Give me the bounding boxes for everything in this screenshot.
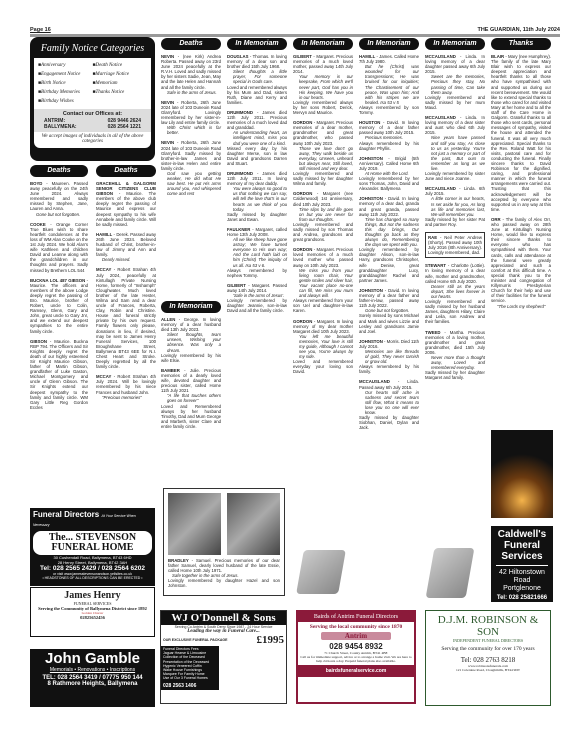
ad-tel: 028 9454 8932 <box>298 642 414 651</box>
notice-text: - Maureen. Passed away peacefully on the… <box>30 181 88 211</box>
ad-price: £1995 <box>257 634 285 646</box>
notice-entry: MCCAY - Robert Strahan 4th July 2024, pe… <box>96 267 156 369</box>
ad-tel: Tel: 028 2565 2429 / 028 2564 6202 <box>30 565 155 572</box>
notice-entry: GIBSON - Maurice. Buckna RBP 794. The Of… <box>30 339 88 410</box>
notice-entry: ALLEN - George. In loving memory of a de… <box>161 317 221 363</box>
notice-entry: COOKE - Orange Corner True Blues wish to… <box>30 222 88 273</box>
notice-text: - Neil Peter Andrew (Shorty). Passed awa… <box>428 235 482 255</box>
notice-signoff: Loved and remembered everyday your lovin… <box>293 359 353 374</box>
categories-box: Family Notice Categories Anniversary Dea… <box>30 37 155 161</box>
category-item: Birthday Wishes <box>38 97 93 106</box>
notice-entry: JOHNSTON - David. In loving memory of a … <box>359 196 419 283</box>
notice-signoff: Lovingly remembered by daughter Alison, … <box>359 247 419 283</box>
contact-title: Contact our Offices at: <box>44 111 141 117</box>
ad-location: Antrim <box>321 632 391 640</box>
notice-signoff: Sadly missed by her sister Pat and partn… <box>425 217 485 227</box>
notice-text: - Robert Strahan 4th July 2024, peaceful… <box>96 267 156 369</box>
category-item: Thanks Notice <box>93 88 148 97</box>
ad-services: Memorials • Renovations • Inscriptions <box>30 667 155 673</box>
notice-entry: GORDON - Margaret. Precious memories of … <box>293 120 353 186</box>
ad-subtitle: INDEPENDENT FUNERAL DIRECTORS <box>426 638 550 643</box>
memoriam-banner: In Memoriam <box>293 38 353 50</box>
candle-image <box>491 430 553 518</box>
notice-text: - Maurice. Buckna RBP 794. The Officers … <box>30 339 88 410</box>
deaths-column-1: Deaths BOYD - Maureen. Passed away peace… <box>30 164 88 415</box>
caldwell-ad: Caldwell's Funeral Services 42 Hiltonsto… <box>491 526 553 602</box>
ad-name: Bairds of Antrim Funeral Directors <box>298 612 414 622</box>
ad-name: WJ O'Donnell & Sons <box>161 611 286 625</box>
notice-after: Lovingly remembered by daughter Hazel an… <box>168 578 280 588</box>
ad-serving: Serving the local community since 1870 <box>298 624 414 630</box>
notice-verse: With Christ which is far better. <box>161 125 221 135</box>
notice-verse: Nine years have passed and still you sta… <box>425 135 485 171</box>
notice-text: - (nee Kirk) Andrea Roberta. Passed away… <box>161 54 221 90</box>
notice-verse: But he (Christ) was wounded for our tran… <box>359 64 419 105</box>
notice-entry: RAE - Neil Peter Andrew (Shorty). Passed… <box>425 232 485 258</box>
djm-robinson-ad: D.J.M. ROBINSON & SON INDEPENDENT FUNERA… <box>425 610 551 706</box>
ad-tel: Tel: 028 2763 8218 <box>426 656 550 664</box>
ad-note: Call us for immediate support, advice or… <box>298 655 414 663</box>
notice-text: - Mary (nee Humphrey). The family of the… <box>491 54 551 212</box>
notice-verse: Our hearts still ache in sadness and sec… <box>359 390 419 415</box>
publication-date: THE GUARDIAN, 11th July 2024 <box>477 27 560 33</box>
notice-verse: Safe in the arms of Jesus. <box>161 90 221 95</box>
category-item: Birth Notice <box>38 79 93 88</box>
category-item: Birthday Memories <box>38 88 93 97</box>
family-photo <box>227 493 280 555</box>
notice-entry: MCCAUSLAND - Linda. Passed away 6th July… <box>359 379 419 430</box>
notice-verse: Dearly missed. <box>96 257 156 262</box>
wedding-photo <box>168 493 221 555</box>
memoriam-banner: In Memoriam <box>359 38 419 50</box>
office-tel: 028 2564 1221 <box>108 124 141 130</box>
ad-address: 8 Rathmore Heights, Ballymena <box>30 681 155 687</box>
notice-text: - Maurice. The officers and members of t… <box>30 278 88 334</box>
odonnell-ad: WJ O'Donnell & Sons Serving Co Antrim & … <box>160 610 287 704</box>
page-number: Page 16 <box>30 27 51 33</box>
notice-signoff: Loved and Remembered always by her husba… <box>161 404 221 429</box>
notice-verse: Time has changed so many things, But not… <box>359 217 419 248</box>
notice-verse: God saw you getting weaker, He did what … <box>161 171 221 196</box>
notice-text: - Roberta, 26th June 2024 late of 103 Du… <box>161 140 221 170</box>
category-item: Death Notice <box>93 61 148 70</box>
ad-header: Funeral Directors <box>33 510 99 519</box>
notice-signoff: Missed every day by his daughter Merse, … <box>227 146 287 166</box>
notice-verse: Those we love don't go away, They walk b… <box>293 146 353 171</box>
notice-verse: An understanding heart, an intelligent m… <box>227 130 287 145</box>
notice-verse: Memories are like threads of gold, They … <box>359 349 419 364</box>
notice-entry: NEVIN - Roberta, 26th June 2024 late of … <box>161 140 221 196</box>
contact-offices: Contact our Offices at: ANTRIM:028 9446 … <box>34 109 151 132</box>
notice-signoff: Sadly missed by her daughter Margaret an… <box>425 370 485 380</box>
memoriam-column-4: In Memoriam DOUGLAS - Thomas. In loving … <box>227 37 287 318</box>
notice-signoff: Lovingly remembered and sadly missed by … <box>425 95 485 110</box>
notice-entry: GILBERT - Margaret. Passed away 14th Jul… <box>227 283 287 314</box>
notice-signoff: Lovingly remembered and sadly missed by … <box>425 299 485 324</box>
thanks-banner: Thanks <box>491 38 551 50</box>
notice-verse: Your memory is our keepsake, From which … <box>293 74 353 99</box>
notice-signoff: Lovingly remembered always by her sons R… <box>293 100 353 115</box>
notice-entry: BAMBER - Julie. Precious memories of a d… <box>161 368 221 429</box>
notice-entry: MCCAY - Robert Strahan 4th July 2024. Wi… <box>96 374 156 399</box>
notice-verse: Time slips by and life goes on but you a… <box>293 207 353 222</box>
notice-signoff: Lovingly remembered and sadly missed by … <box>293 171 353 186</box>
notice-entry: MCCAUSLAND - Linda. In loving memory of … <box>425 115 485 181</box>
memoriam-column-5: In Memoriam GILBERT - Margaret. Precious… <box>293 37 353 380</box>
notice-entry: JOHNSTON - David. In loving memory of a … <box>359 288 419 334</box>
deaths-banner: Deaths <box>30 165 88 177</box>
notice-entry: GRACEHILL & GALGORM SENIOR CITIZENS CLUB… <box>96 181 156 227</box>
memoriam-banner: In Memoriam <box>161 301 221 313</box>
ad-tel: 028 2563 1406 <box>161 682 219 690</box>
notice-verse: "A life that touches others goes on fore… <box>161 393 221 403</box>
ad-tel: Tel: 028 25821666 <box>491 595 553 601</box>
memoriam-banner: In Memoriam <box>425 38 485 50</box>
notice-verse: All we like sheep have gone astray; We h… <box>227 237 287 268</box>
accept-images-note: We accept images of individuals in all o… <box>34 132 151 148</box>
notice-signoff: Loved and remembered always by his Mum a… <box>227 85 287 105</box>
notice-signoff: Lovingly remembered by his wife Elsie. <box>161 353 221 363</box>
notice-signoff: Lovingly remembered by daughter Jeannie,… <box>227 298 287 313</box>
notice-text: - Maurice. The members of the above club… <box>96 191 156 227</box>
notice-entry: HOUSTON - David. In loving memory of a d… <box>359 120 419 151</box>
ad-website[interactable]: bairdsfuneralservice.com <box>298 665 414 677</box>
notice-signoff: Sorely missed by sons Michael and Mark a… <box>359 313 419 333</box>
notice-verse: Never more than a thought away, Loved an… <box>425 355 485 370</box>
deaths-column-2: Deaths GRACEHILL & GALGORM SENIOR CITIZE… <box>96 164 156 405</box>
notice-signoff: Always remembered by nephew Tommy. <box>227 268 287 278</box>
included-item: Use of Our 3 Funeral Homes <box>163 676 217 680</box>
deaths-banner: Deaths <box>161 38 221 50</box>
notice-entry: JOHNSTON - Morris. Died 11th July 2016.M… <box>359 339 419 375</box>
notice-verse: A little corner in our hearts, Is set as… <box>425 196 485 216</box>
notice-text: - The family of Alex Orr, who passed awa… <box>491 217 551 304</box>
category-item: Engagement Notice <box>38 70 93 79</box>
notice-entry: JOHNSTON - Brigid (5th Anniversary). Cal… <box>359 156 419 192</box>
included-list: Funeral Directors FeesJaguar Hearse & Li… <box>161 646 219 682</box>
stevenson-ad: Funeral Directors At Your Service When N… <box>30 508 155 586</box>
notice-verse: We miss you from your living room chair,… <box>293 268 353 299</box>
categories-list: Anniversary Death Notice Engagement Noti… <box>34 58 151 109</box>
ad-name: D.J.M. ROBINSON & SON <box>426 611 550 638</box>
ad-address: 121 Coleraine Road, Cloughmills, BT44 9D… <box>426 668 550 672</box>
notice-entry: ORR - The family of Alex Orr, who passed… <box>491 217 551 309</box>
ad-headstones: • HEADSTONES OF ALL DESCRIPTIONS CAN BE … <box>30 576 155 580</box>
ad-name: Caldwell's Funeral Services <box>491 526 553 562</box>
ad-package: OUR EXCLUSIVE FUNERAL PACKAGE <box>163 638 227 642</box>
memoriam-column-3: In Memoriam ALLEN - George. In loving me… <box>161 300 221 434</box>
ad-name: FUNERAL HOME <box>35 543 150 553</box>
notice-entry: DOUGLAS - Thomas. In loving memory of a … <box>227 54 287 105</box>
notice-entry: NEVIN - Roberta, 26th June 2024 late of … <box>161 100 221 136</box>
notice-entry: FAULKNER - Margaret, called Home 13th Ju… <box>227 227 287 278</box>
notice-entry: GORDON - Margaret. In loving memory of m… <box>293 319 353 375</box>
ad-tel: 02825652456 <box>31 615 154 620</box>
notice-entry: BUCKNA LOL 487 GIBSON - Maurice. The off… <box>30 278 88 334</box>
memoriam-column-6: In Memoriam HAMILL - James. Called Home … <box>359 37 419 435</box>
notice-signoff: Always remembered by his daughter Phylli… <box>359 141 419 151</box>
james-henry-ad: James Henry FUNERAL SERVICES Serving the… <box>30 587 155 637</box>
category-item: Anniversary <box>38 61 93 70</box>
notice-entry: DRUMMOND - James died 12th July 2011. In… <box>227 171 287 222</box>
notice-verse: You were always so good to us that nothi… <box>227 186 287 211</box>
notice-signoff: Lovingly remembered by her sons Thomas, … <box>359 176 419 191</box>
notice-entry: MCCAUSLAND - Linda. In loving memory of … <box>425 54 485 110</box>
notice-entry: GORDON - Margaret. Precious loved memori… <box>293 247 353 313</box>
notice-verse: "Precious memories" <box>96 395 156 400</box>
notice-verse: Sweet are the memories, Precious they st… <box>425 74 485 94</box>
notice-entry: BLAIR - Mary (nee Humphrey). The family … <box>491 54 551 212</box>
john-gamble-ad: John Gamble Memorials • Renovations • In… <box>30 649 155 707</box>
notice-entry: NEVIN - (nee Kirk) Andrea Roberta. Passe… <box>161 54 221 95</box>
deaths-column-3: Deaths NEVIN - (nee Kirk) Andrea Roberta… <box>161 37 221 201</box>
memoriam-banner: In Memoriam <box>227 38 287 50</box>
notice-entry: DRUMMOND - James died 12th July 2011. Pr… <box>227 110 287 166</box>
notice-signoff: Lovingly remembered and sadly missed by … <box>293 222 353 242</box>
notice-entry: BOYD - Maureen. Passed away peacefully o… <box>30 181 88 217</box>
category-item: Memoriam <box>93 79 148 88</box>
notice-signoff: Sadly missed by daughter Janet and Ewan. <box>227 212 287 222</box>
bradley-photo-notice: BRADLEY - Samuel. Precious memories of o… <box>163 488 285 596</box>
notice-entry: GILBERT - Margaret. Precious memories of… <box>293 54 353 115</box>
notice-entry: MCCAUSLAND - Linda. 6th July 2015.A litt… <box>425 186 485 227</box>
notice-text: - Orange Corner True Blues wish to share… <box>30 222 88 273</box>
notice-signoff: Always remembered by son Tommy. <box>359 105 419 115</box>
notice-signoff: Always remembered by his family. <box>359 364 419 374</box>
bible-icon <box>296 550 346 594</box>
notice-entry: TWEED - Martha. Precious memories of a l… <box>425 330 485 381</box>
categories-title: Family Notice Categories <box>34 43 151 54</box>
deaths-banner: Deaths <box>96 165 156 177</box>
ad-name: James Henry <box>31 588 154 601</box>
ad-address: 42 Hiltonstown Road Portglenone <box>496 565 548 593</box>
notice-verse: Dearer still as the years depart, She li… <box>425 284 485 299</box>
notice-entry: STEWART - Charlotte (Lottie). In loving … <box>425 263 485 324</box>
notice-verse: You left me beautiful memories, Your lov… <box>293 334 353 359</box>
notice-signoff: Sadly missed by daughter Siobhan, Daniel… <box>359 415 419 430</box>
bairds-ad: Bairds of Antrim Funeral Directors Servi… <box>296 610 416 704</box>
notice-verse: Silent thoughts a little prayer, For som… <box>227 69 287 84</box>
memoriam-column-7: In Memoriam MCCAUSLAND - Linda. In lovin… <box>425 37 485 385</box>
notice-verse: Silent thoughts, tears unseen, Wishing y… <box>161 332 221 352</box>
bible-icon <box>426 548 475 598</box>
notice-verse: Gone but not forgotten. <box>30 212 88 217</box>
notice-signoff: Lovingly remembered by sister June and n… <box>425 171 485 181</box>
notice-signoff: Always remembered from your son Uel and … <box>293 298 353 313</box>
notice-verse: "The Lords my shepherd" <box>491 304 551 309</box>
notice-entry: GORDON - Margaret (nee Caldenwood) 1st a… <box>293 191 353 242</box>
ad-name: John Gamble <box>30 649 155 667</box>
notice-entry: HAMILL - Derek. Passed away 26th June 20… <box>96 232 156 263</box>
category-item: Marriage Notice <box>93 70 148 79</box>
thanks-column: Thanks BLAIR - Mary (nee Humphrey). The … <box>491 37 551 314</box>
office-name: BALLYMENA: <box>44 124 77 130</box>
ad-serving: Serving the community for over 170 years <box>426 646 550 652</box>
notice-entry: HAMILL - James. Called Home 7th July 198… <box>359 54 419 115</box>
